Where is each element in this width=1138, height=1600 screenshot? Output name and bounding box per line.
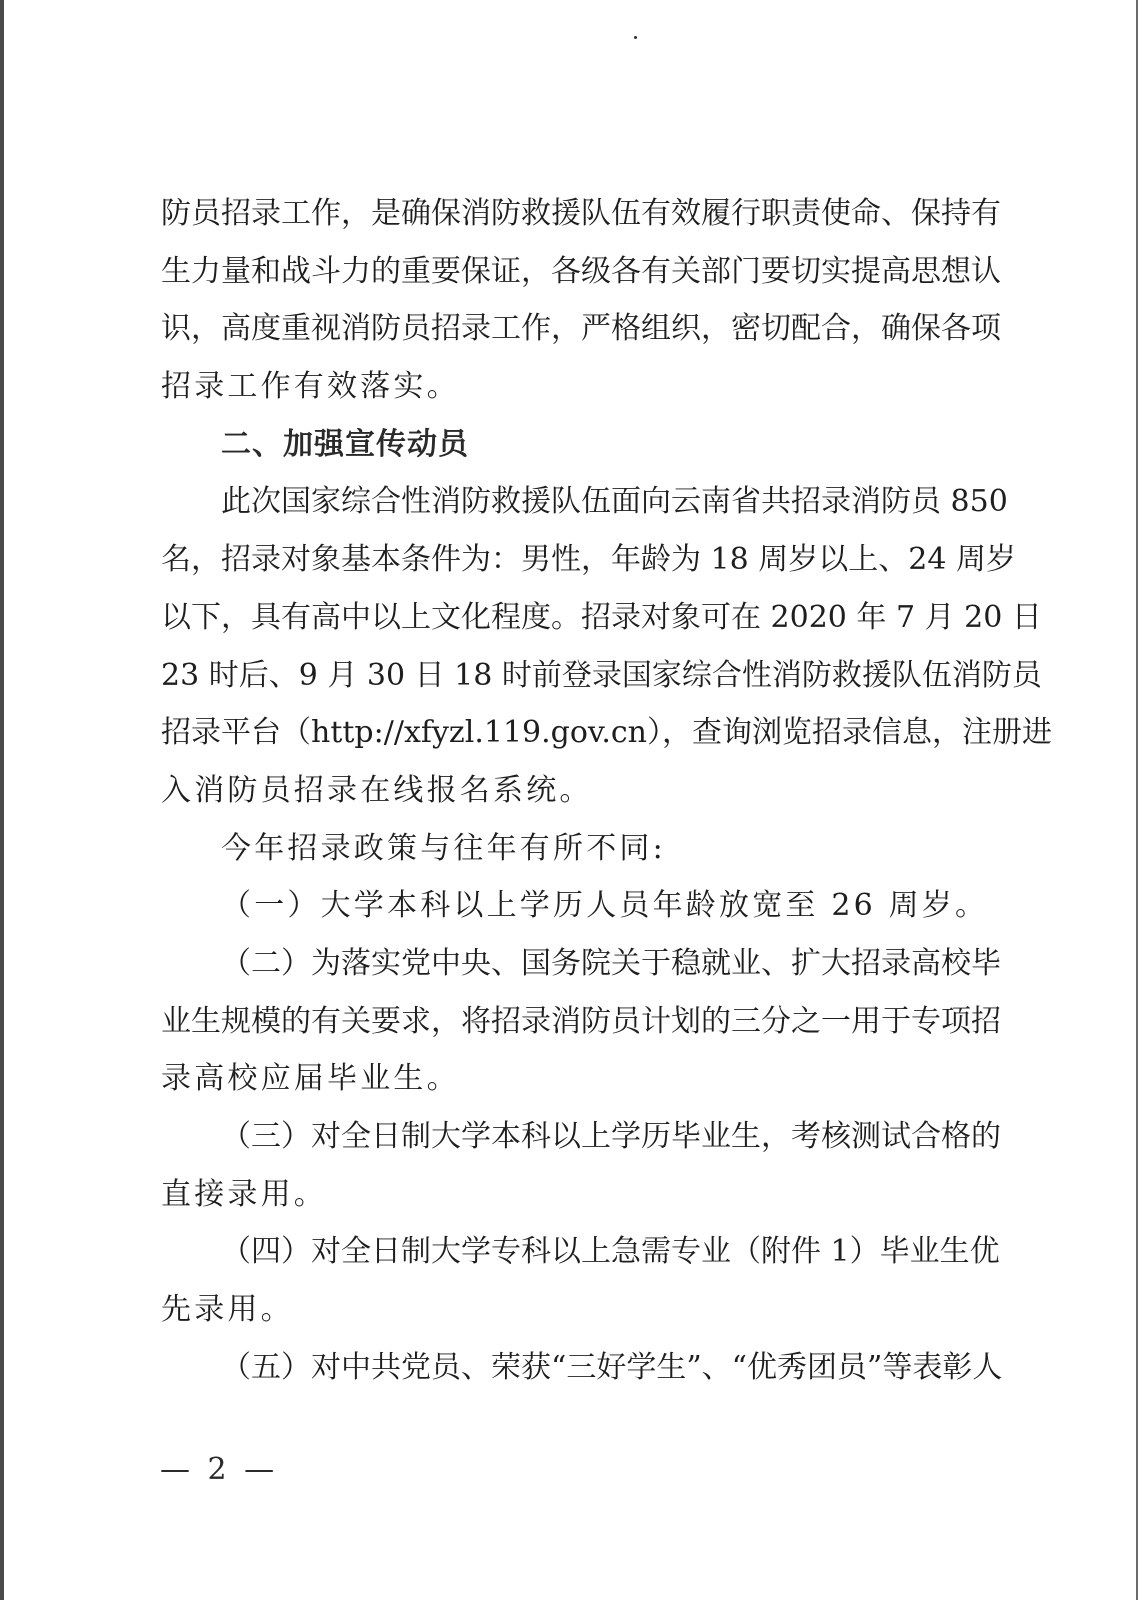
list-item-3-cont: 直接录用。 bbox=[161, 1166, 987, 1224]
list-item-4: （四）对全日制大学专科以上急需专业（附件 1）毕业生优 bbox=[161, 1223, 987, 1281]
list-item-2-cont: 录高校应届毕业生。 bbox=[161, 1050, 987, 1108]
paragraph-line: 入消防员招录在线报名系统。 bbox=[161, 762, 987, 820]
paragraph-line: 招录工作有效落实。 bbox=[161, 358, 987, 416]
paragraph-line: 识，高度重视消防员招录工作，严格组织，密切配合，确保各项 bbox=[161, 300, 987, 358]
paragraph-line: 23 时后、9 月 30 日 18 时前登录国家综合性消防救援队伍消防员 bbox=[161, 647, 987, 705]
paragraph-line: 以下，具有高中以上文化程度。招录对象可在 2020 年 7 月 20 日 bbox=[161, 589, 987, 647]
list-item-4-cont: 先录用。 bbox=[161, 1281, 987, 1339]
section-heading: 二、加强宣传动员 bbox=[161, 416, 987, 474]
paragraph-line: 今年招录政策与往年有所不同: bbox=[161, 820, 987, 878]
paragraph-line: 生力量和战斗力的重要保证，各级各有关部门要切实提高思想认 bbox=[161, 243, 987, 301]
page-number: — 2 — bbox=[160, 1452, 278, 1487]
list-item-2-cont: 业生规模的有关要求，将招录消防员计划的三分之一用于专项招 bbox=[161, 993, 987, 1051]
document-body: 防员招录工作，是确保消防救援队伍有效履行职责使命、保持有 生力量和战斗力的重要保… bbox=[161, 185, 987, 1396]
list-item-5: （五）对中共党员、荣获“三好学生”、“优秀团员”等表彰人 bbox=[161, 1339, 987, 1397]
scan-edge-left bbox=[0, 0, 4, 1600]
list-item-2: （二）为落实党中央、国务院关于稳就业、扩大招录高校毕 bbox=[161, 935, 987, 993]
paragraph-line: 名，招录对象基本条件为：男性，年龄为 18 周岁以上、24 周岁 bbox=[161, 531, 987, 589]
paragraph-line-with-url: 招录平台（http://xfyzl.119.gov.cn），查询浏览招录信息，注… bbox=[161, 704, 987, 762]
list-item-1: （一）大学本科以上学历人员年龄放宽至 26 周岁。 bbox=[161, 877, 987, 935]
list-item-3: （三）对全日制大学本科以上学历毕业生，考核测试合格的 bbox=[161, 1108, 987, 1166]
scan-speck bbox=[634, 36, 637, 39]
paragraph-line: 防员招录工作，是确保消防救援队伍有效履行职责使命、保持有 bbox=[161, 185, 987, 243]
paragraph-line: 此次国家综合性消防救援队伍面向云南省共招录消防员 850 bbox=[161, 473, 987, 531]
